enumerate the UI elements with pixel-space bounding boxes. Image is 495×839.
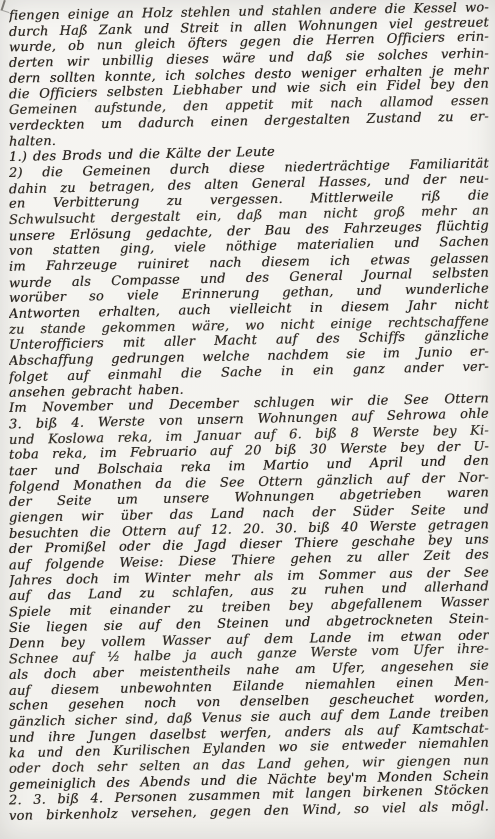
- manuscript-text: fiengen einige an Holz stehlen und stahl…: [9, 9, 489, 825]
- manuscript-page: fiengen einige an Holz stehlen und stahl…: [0, 0, 495, 839]
